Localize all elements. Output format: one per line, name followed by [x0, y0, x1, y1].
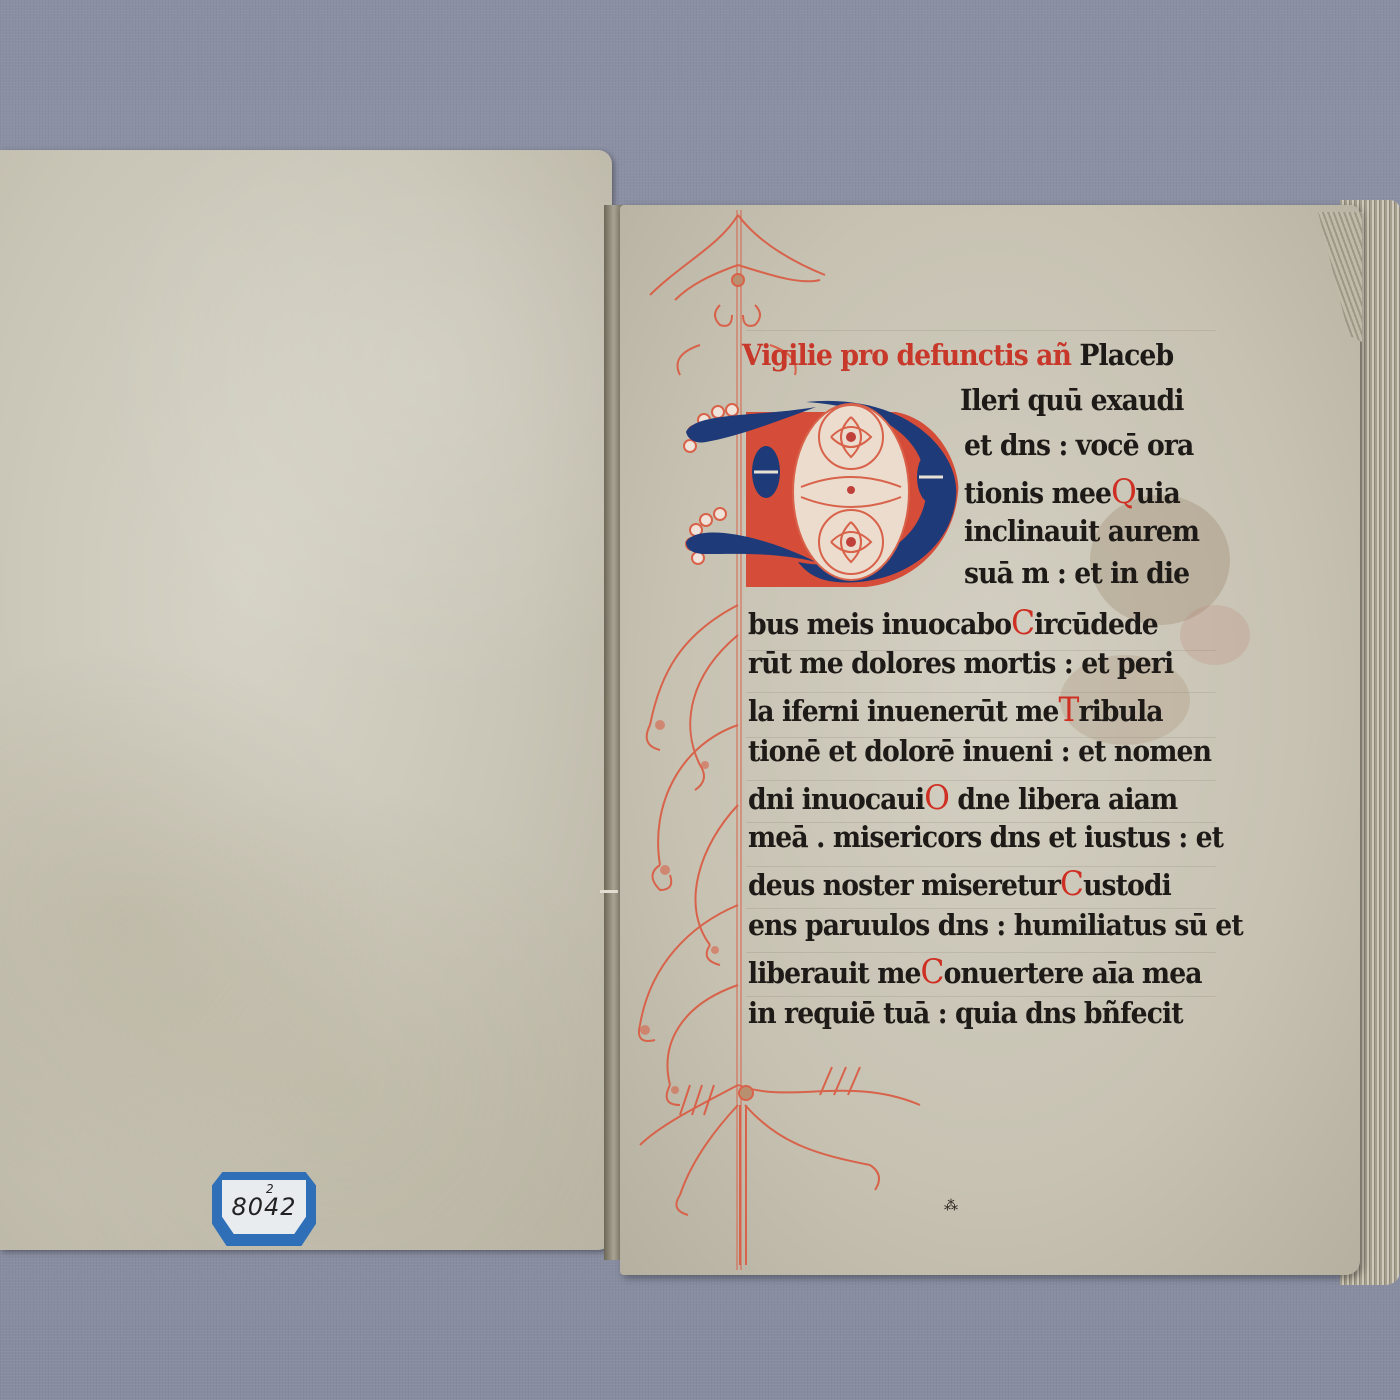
text-fragment: et dns : vocē ora [964, 428, 1193, 462]
text-fragment: dni inuocaui [748, 782, 924, 816]
text-line: in requiē tuā : quia dns bñfecit [748, 996, 1183, 1030]
text-fragment: liberauit me [748, 956, 921, 990]
binding-thread [600, 890, 618, 893]
shelf-mark-superscript: 2 [266, 1182, 274, 1196]
text-fragment: Placeb [1071, 338, 1173, 372]
text-line: dni inuocauiO dne libera aiam [748, 778, 1177, 818]
rubric-heading: Vigilie pro defunctis añ [742, 338, 1071, 372]
text-fragment: rūt me dolores mortis : et peri [748, 646, 1173, 680]
text-fragment: dne libera aiam [949, 782, 1177, 816]
left-cover-board [0, 150, 612, 1250]
text-line: la iferni inuenerūt meTribula [748, 690, 1163, 730]
text-fragment: ircūdede [1034, 607, 1158, 641]
text-line: rūt me dolores mortis : et peri [748, 646, 1173, 680]
text-fragment: onuertere aīa mea [944, 956, 1202, 990]
text-fragment: in requiē tuā : quia dns bñfecit [748, 996, 1183, 1030]
text-line: Ileri quū exaudi [960, 383, 1183, 417]
text-fragment: ustodi [1083, 868, 1171, 902]
text-line-heading: Vigilie pro defunctis añ Placeb [742, 338, 1173, 372]
lombard-initial: C [1011, 603, 1034, 643]
lombard-initial: O [924, 778, 949, 818]
illuminated-initial-d [676, 382, 966, 592]
text-line: liberauit meConuertere aīa mea [748, 952, 1202, 992]
text-fragment: tionē et dolorē inueni : et nomen [748, 734, 1211, 768]
text-line: tionis meeQuia [964, 472, 1180, 512]
text-line: ens paruulos dns : humiliatus sū et [748, 908, 1243, 942]
text-line: deus noster misereturCustodi [748, 864, 1171, 904]
text-fragment: ribula [1078, 694, 1162, 728]
text-fragment: bus meis inuocabo [748, 607, 1011, 641]
text-line: suā m : et in die [964, 556, 1189, 590]
text-fragment: ens paruulos dns : humiliatus sū et [748, 908, 1243, 942]
lombard-initial: T [1058, 690, 1078, 730]
lombard-initial: C [1060, 864, 1083, 904]
text-line: tionē et dolorē inueni : et nomen [748, 734, 1211, 768]
parchment-mottling [0, 150, 612, 1250]
text-fragment: Ileri quū exaudi [960, 383, 1183, 417]
text-fragment: la iferni inuenerūt me [748, 694, 1058, 728]
shelf-mark-label: 2 8042 [212, 1172, 316, 1246]
text-fragment: deus noster miseretur [748, 868, 1060, 902]
text-line: meā . misericors dns et iustus : et [748, 820, 1223, 854]
marginal-ink-mark: ⁂ [944, 1198, 958, 1214]
lombard-initial: Q [1111, 472, 1136, 512]
text-fragment: uia [1136, 476, 1180, 510]
text-fragment: meā . misericors dns et iustus : et [748, 820, 1223, 854]
text-fragment: tionis mee [964, 476, 1111, 510]
reddish-stain [1180, 605, 1250, 665]
text-line: et dns : vocē ora [964, 428, 1193, 462]
lombard-initial: C [921, 952, 944, 992]
shelf-mark-number: 8042 [231, 1193, 296, 1221]
text-line: bus meis inuocaboCircūdede [748, 603, 1158, 643]
text-line: inclinauit aurem [964, 514, 1199, 548]
shelf-mark-label-inner: 2 8042 [222, 1180, 306, 1234]
text-fragment: suā m : et in die [964, 556, 1189, 590]
text-fragment: inclinauit aurem [964, 514, 1199, 548]
